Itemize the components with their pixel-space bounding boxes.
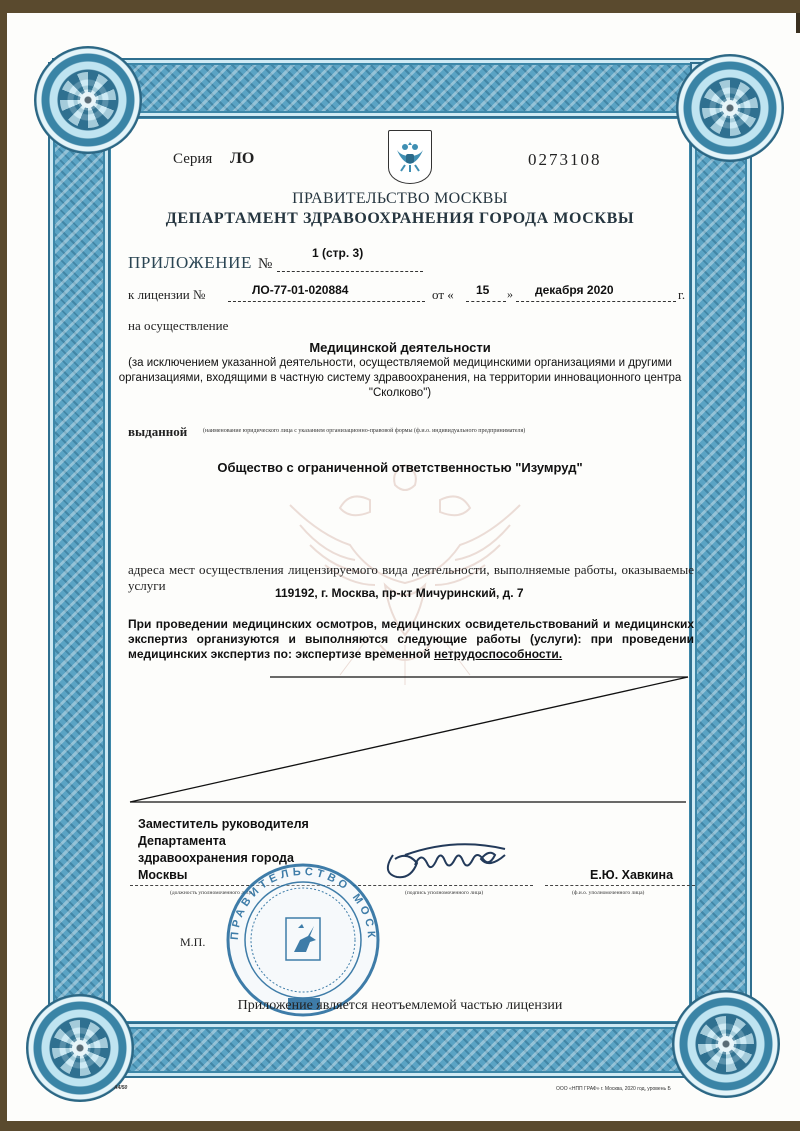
series-label: Серия xyxy=(173,151,212,168)
serial-number: 0273108 xyxy=(528,150,602,170)
blank-space-strikeout xyxy=(120,672,700,812)
activity-block: Медицинской деятельности (за исключением… xyxy=(110,340,690,401)
license-day: 15 xyxy=(476,283,489,297)
emblem-shield xyxy=(388,130,432,184)
license-year-suffix: г. xyxy=(678,287,685,303)
rosette-ornament-icon xyxy=(34,46,142,154)
activity-intro: на осуществление xyxy=(128,318,228,334)
annex-number-line xyxy=(277,271,423,272)
license-number: ЛО-77-01-020884 xyxy=(252,283,348,297)
license-day-line xyxy=(466,301,506,302)
license-month-line xyxy=(516,301,676,302)
official-seal-icon: ПРАВИТЕЛЬСТВО МОСКВЫ xyxy=(218,858,388,1018)
signature-caption: (подпись уполномоченного лица) xyxy=(405,890,483,896)
activity-description: (за исключением указанной деятельности, … xyxy=(110,356,690,401)
license-date-from-label: от « xyxy=(432,287,454,303)
rosette-ornament-icon xyxy=(676,54,784,162)
signatory-name: Е.Ю. Хавкина xyxy=(590,868,673,882)
license-label: к лицензии № xyxy=(128,287,205,303)
annex-number-sign: № xyxy=(258,256,272,273)
annex-number-value: 1 (стр. 3) xyxy=(312,246,363,260)
series-value: ЛО xyxy=(230,150,254,168)
print-mark-format: А4/50 xyxy=(114,1085,127,1091)
decorative-border-top xyxy=(52,58,748,118)
page-edge xyxy=(796,13,800,33)
organization-name: Общество с ограниченной ответственностью… xyxy=(110,460,690,475)
services-last-line: нетрудоспособности. xyxy=(434,647,562,661)
annex-label: ПРИЛОЖЕНИЕ xyxy=(128,253,252,273)
seal-place-label: М.П. xyxy=(180,935,205,950)
government-title: ПРАВИТЕЛЬСТВО МОСКВЫ xyxy=(0,190,800,208)
name-line xyxy=(545,885,695,886)
license-number-line xyxy=(228,301,425,302)
footer-note: Приложение является неотъемлемой частью … xyxy=(0,998,800,1014)
license-month-year: декабря 2020 xyxy=(535,283,614,297)
name-caption: (ф.и.о. уполномоченного лица) xyxy=(572,890,644,896)
services-text: При проведении медицинских осмотров, мед… xyxy=(128,617,694,661)
issued-to-label: выданной xyxy=(128,424,187,440)
issued-to-hint: (наименование юридического лица с указан… xyxy=(203,428,525,434)
license-quote-close: » xyxy=(507,287,513,302)
address-value: 119192, г. Москва, пр-кт Мичуринский, д.… xyxy=(275,586,524,600)
russian-coat-of-arms-icon xyxy=(395,140,425,174)
services-description: При проведении медицинских осмотров, мед… xyxy=(128,617,694,662)
decorative-border-bottom xyxy=(52,1022,748,1078)
print-mark-printer: ООО «НПП ГРАФ» г. Москва, 2020 год, уров… xyxy=(556,1086,671,1092)
handwritten-signature-icon xyxy=(375,835,545,885)
department-title: ДЕПАРТАМЕНТ ЗДРАВООХРАНЕНИЯ ГОРОДА МОСКВ… xyxy=(0,210,800,228)
activity-title: Медицинской деятельности xyxy=(110,340,690,356)
